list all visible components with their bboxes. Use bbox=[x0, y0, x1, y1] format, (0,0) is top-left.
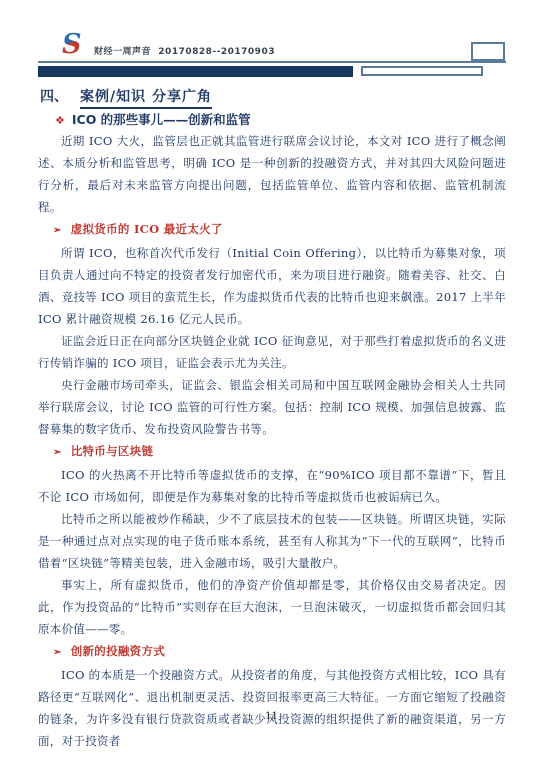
body-paragraph: 央行金融市场司牵头，证监会、银监会相关司局和中国互联网金融协会相关人士共同举行联… bbox=[38, 374, 506, 440]
sub-heading-text: 虚拟货币的 ICO 最近太火了 bbox=[71, 222, 223, 236]
article-title-text: ICO 的那些事儿——创新和监管 bbox=[72, 112, 251, 127]
arrow-bullet-icon: ➢ bbox=[53, 225, 62, 236]
brand-s-logo-icon: S bbox=[57, 30, 89, 58]
svg-text:S: S bbox=[62, 30, 82, 58]
arrow-bullet-icon: ➢ bbox=[53, 647, 62, 658]
section-title: 四、案例/知识 分享广角 bbox=[40, 86, 212, 106]
sub-heading-text: 创新的投融资方式 bbox=[71, 644, 165, 658]
body-paragraph: 近期 ICO 大火，监管层也正就其监管进行联席会议讨论，本文对 ICO 进行了概… bbox=[38, 130, 506, 218]
sub-heading: ➢虚拟货币的 ICO 最近太火了 bbox=[38, 218, 506, 242]
body-paragraph: 所谓 ICO，也称首次代币发行（Initial Coin Offering），以… bbox=[38, 242, 506, 330]
empty-slim-textbox bbox=[361, 66, 483, 76]
article-body: 近期 ICO 大火，监管层也正就其监管进行联席会议讨论，本文对 ICO 进行了概… bbox=[38, 130, 506, 752]
date-range: 20170828--20170903 bbox=[158, 47, 275, 57]
navy-divider-bar bbox=[38, 66, 353, 77]
sub-heading: ➢比特币与区块链 bbox=[38, 440, 506, 464]
section-title-text: 案例/知识 分享广角 bbox=[80, 89, 212, 109]
brand-name: 财经一周声音 bbox=[94, 47, 151, 57]
diamond-bullet-icon: ❖ bbox=[55, 114, 65, 127]
document-page: S 财经一周声音 20170828--20170903 四、案例/知识 分享广角… bbox=[0, 0, 543, 768]
sub-heading: ➢创新的投融资方式 bbox=[38, 640, 506, 664]
body-paragraph: 证监会近日正在向部分区块链企业就 ICO 征询意见，对于那些打着虚拟货币的名义进… bbox=[38, 330, 506, 374]
sub-heading-text: 比特币与区块链 bbox=[71, 444, 154, 458]
empty-corner-textbox bbox=[471, 42, 505, 61]
body-paragraph: ICO 的火热离不开比特币等虚拟货币的支撑，在“90%ICO 项目都不靠谱”下，… bbox=[38, 464, 506, 508]
body-paragraph: 事实上，所有虚拟货币，他们的净资产价值却都是零，其价格仅由交易者决定。因此，作为… bbox=[38, 574, 506, 640]
header-rule bbox=[38, 61, 506, 63]
article-title: ❖ICO 的那些事儿——创新和监管 bbox=[55, 110, 251, 128]
arrow-bullet-icon: ➢ bbox=[53, 447, 62, 458]
document-header-title: 财经一周声音 20170828--20170903 bbox=[94, 44, 275, 57]
page-number: 11 bbox=[0, 711, 543, 722]
section-number: 四、 bbox=[40, 89, 68, 105]
body-paragraph: 比特币之所以能被炒作稀缺，少不了底层技术的包装——区块链。所谓区块链，实际是一种… bbox=[38, 508, 506, 574]
body-paragraph: ICO 的本质是一个投融资方式。从投资者的角度，与其他投资方式相比较，ICO 具… bbox=[38, 664, 506, 752]
